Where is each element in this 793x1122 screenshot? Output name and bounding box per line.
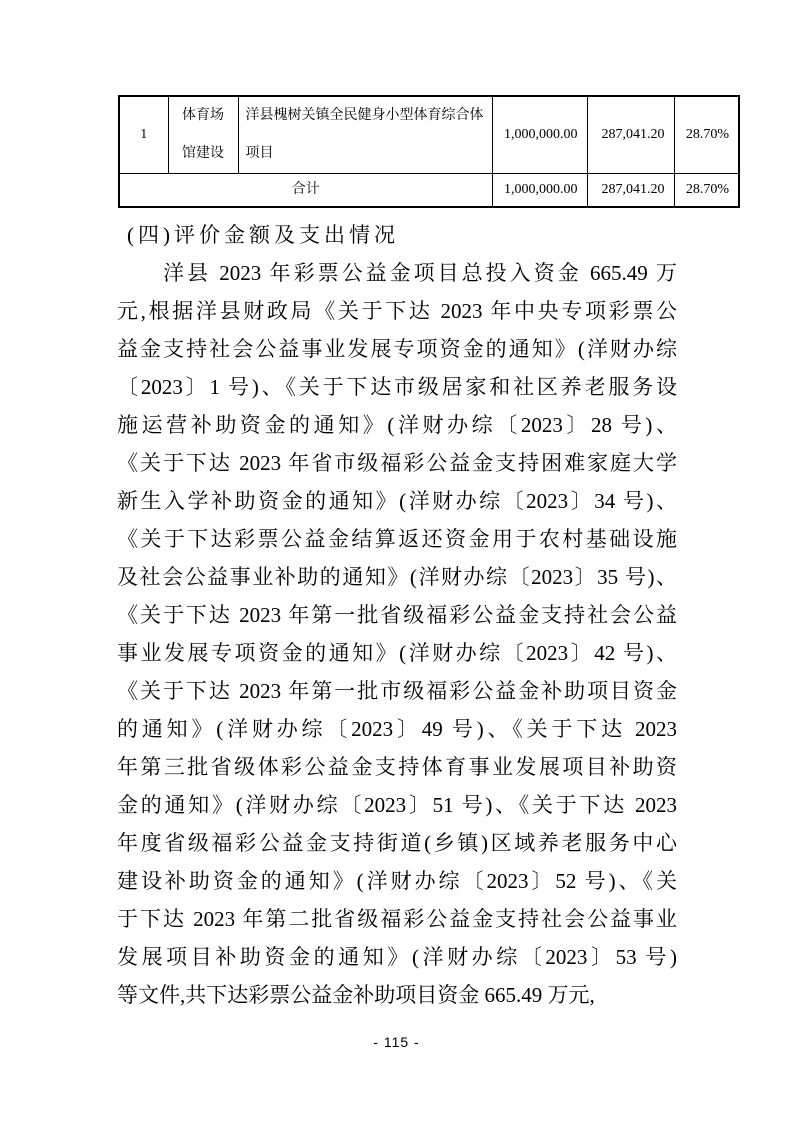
body-line: 事业发展专项资金的通知》(洋财办综〔2023〕42 号)、 <box>117 634 677 672</box>
body-line: 于下达 2023 年第二批省级福彩公益金支持社会公益事业 <box>117 900 677 938</box>
body-line: 等文件,共下达彩票公益金补助项目资金 665.49 万元, <box>117 976 677 1014</box>
funding-projects-table: 1 体育场馆建设 洋县槐树关镇全民健身小型体育综合体项目 1,000,000.0… <box>118 95 740 208</box>
body-line: 建设补助资金的通知》(洋财办综〔2023〕52 号)、《关 <box>117 862 677 900</box>
body-line: 的通知》(洋财办综〔2023〕49 号)、《关于下达 2023 <box>117 710 677 748</box>
table-total-row: 合计 1,000,000.00 287,041.20 28.70% <box>119 174 739 207</box>
body-line: 新生入学补助资金的通知》(洋财办综〔2023〕34 号)、 <box>117 482 677 520</box>
body-line: 及社会公益事业补助的通知》(洋财办综〔2023〕35 号)、 <box>117 558 677 596</box>
cell-row-number: 1 <box>119 96 168 174</box>
body-line: 金的通知》(洋财办综〔2023〕51 号)、《关于下达 2023 <box>117 786 677 824</box>
document-page: 1 体育场馆建设 洋县槐树关镇全民健身小型体育综合体项目 1,000,000.0… <box>0 0 793 1122</box>
body-line: 《关于下达彩票公益金结算返还资金用于农村基础设施 <box>117 520 677 558</box>
body-line: 《关于下达 2023 年第一批市级福彩公益金补助项目资金 <box>117 672 677 710</box>
section-heading: (四)评价金额及支出情况 <box>117 216 677 254</box>
body-line: 益金支持社会公益事业发展专项资金的通知》(洋财办综 <box>117 330 677 368</box>
cell-budget-amount: 1,000,000.00 <box>492 96 587 174</box>
body-line: 年度省级福彩公益金支持街道(乡镇)区域养老服务中心 <box>117 824 677 862</box>
body-line: 年第三批省级体彩公益金支持体育事业发展项目补助资 <box>117 748 677 786</box>
cell-total-budget: 1,000,000.00 <box>492 174 587 207</box>
body-line: 施运营补助资金的通知》(洋财办综〔2023〕28 号)、 <box>117 406 677 444</box>
page-number: - 115 - <box>0 1034 793 1050</box>
body-line: 发展项目补助资金的通知》(洋财办综〔2023〕53 号) <box>117 938 677 976</box>
cell-project-category: 体育场馆建设 <box>168 96 238 174</box>
cell-project-name: 洋县槐树关镇全民健身小型体育综合体项目 <box>238 96 492 174</box>
body-line: 〔2023〕1 号)、《关于下达市级居家和社区养老服务设 <box>117 368 677 406</box>
body-line: 元,根据洋县财政局《关于下达 2023 年中央专项彩票公 <box>117 292 677 330</box>
cell-spend-ratio: 28.70% <box>674 96 739 174</box>
cell-spent-amount: 287,041.20 <box>587 96 674 174</box>
table-row: 1 体育场馆建设 洋县槐树关镇全民健身小型体育综合体项目 1,000,000.0… <box>119 96 739 174</box>
cell-total-label: 合计 <box>119 174 492 207</box>
cell-total-spent: 287,041.20 <box>587 174 674 207</box>
body-text-block: (四)评价金额及支出情况 洋县 2023 年彩票公益金项目总投入资金 665.4… <box>117 216 677 1014</box>
cell-total-ratio: 28.70% <box>674 174 739 207</box>
body-line: 《关于下达 2023 年省市级福彩公益金支持困难家庭大学 <box>117 444 677 482</box>
body-line: 洋县 2023 年彩票公益金项目总投入资金 665.49 万 <box>117 254 677 292</box>
body-line: 《关于下达 2023 年第一批省级福彩公益金支持社会公益 <box>117 596 677 634</box>
